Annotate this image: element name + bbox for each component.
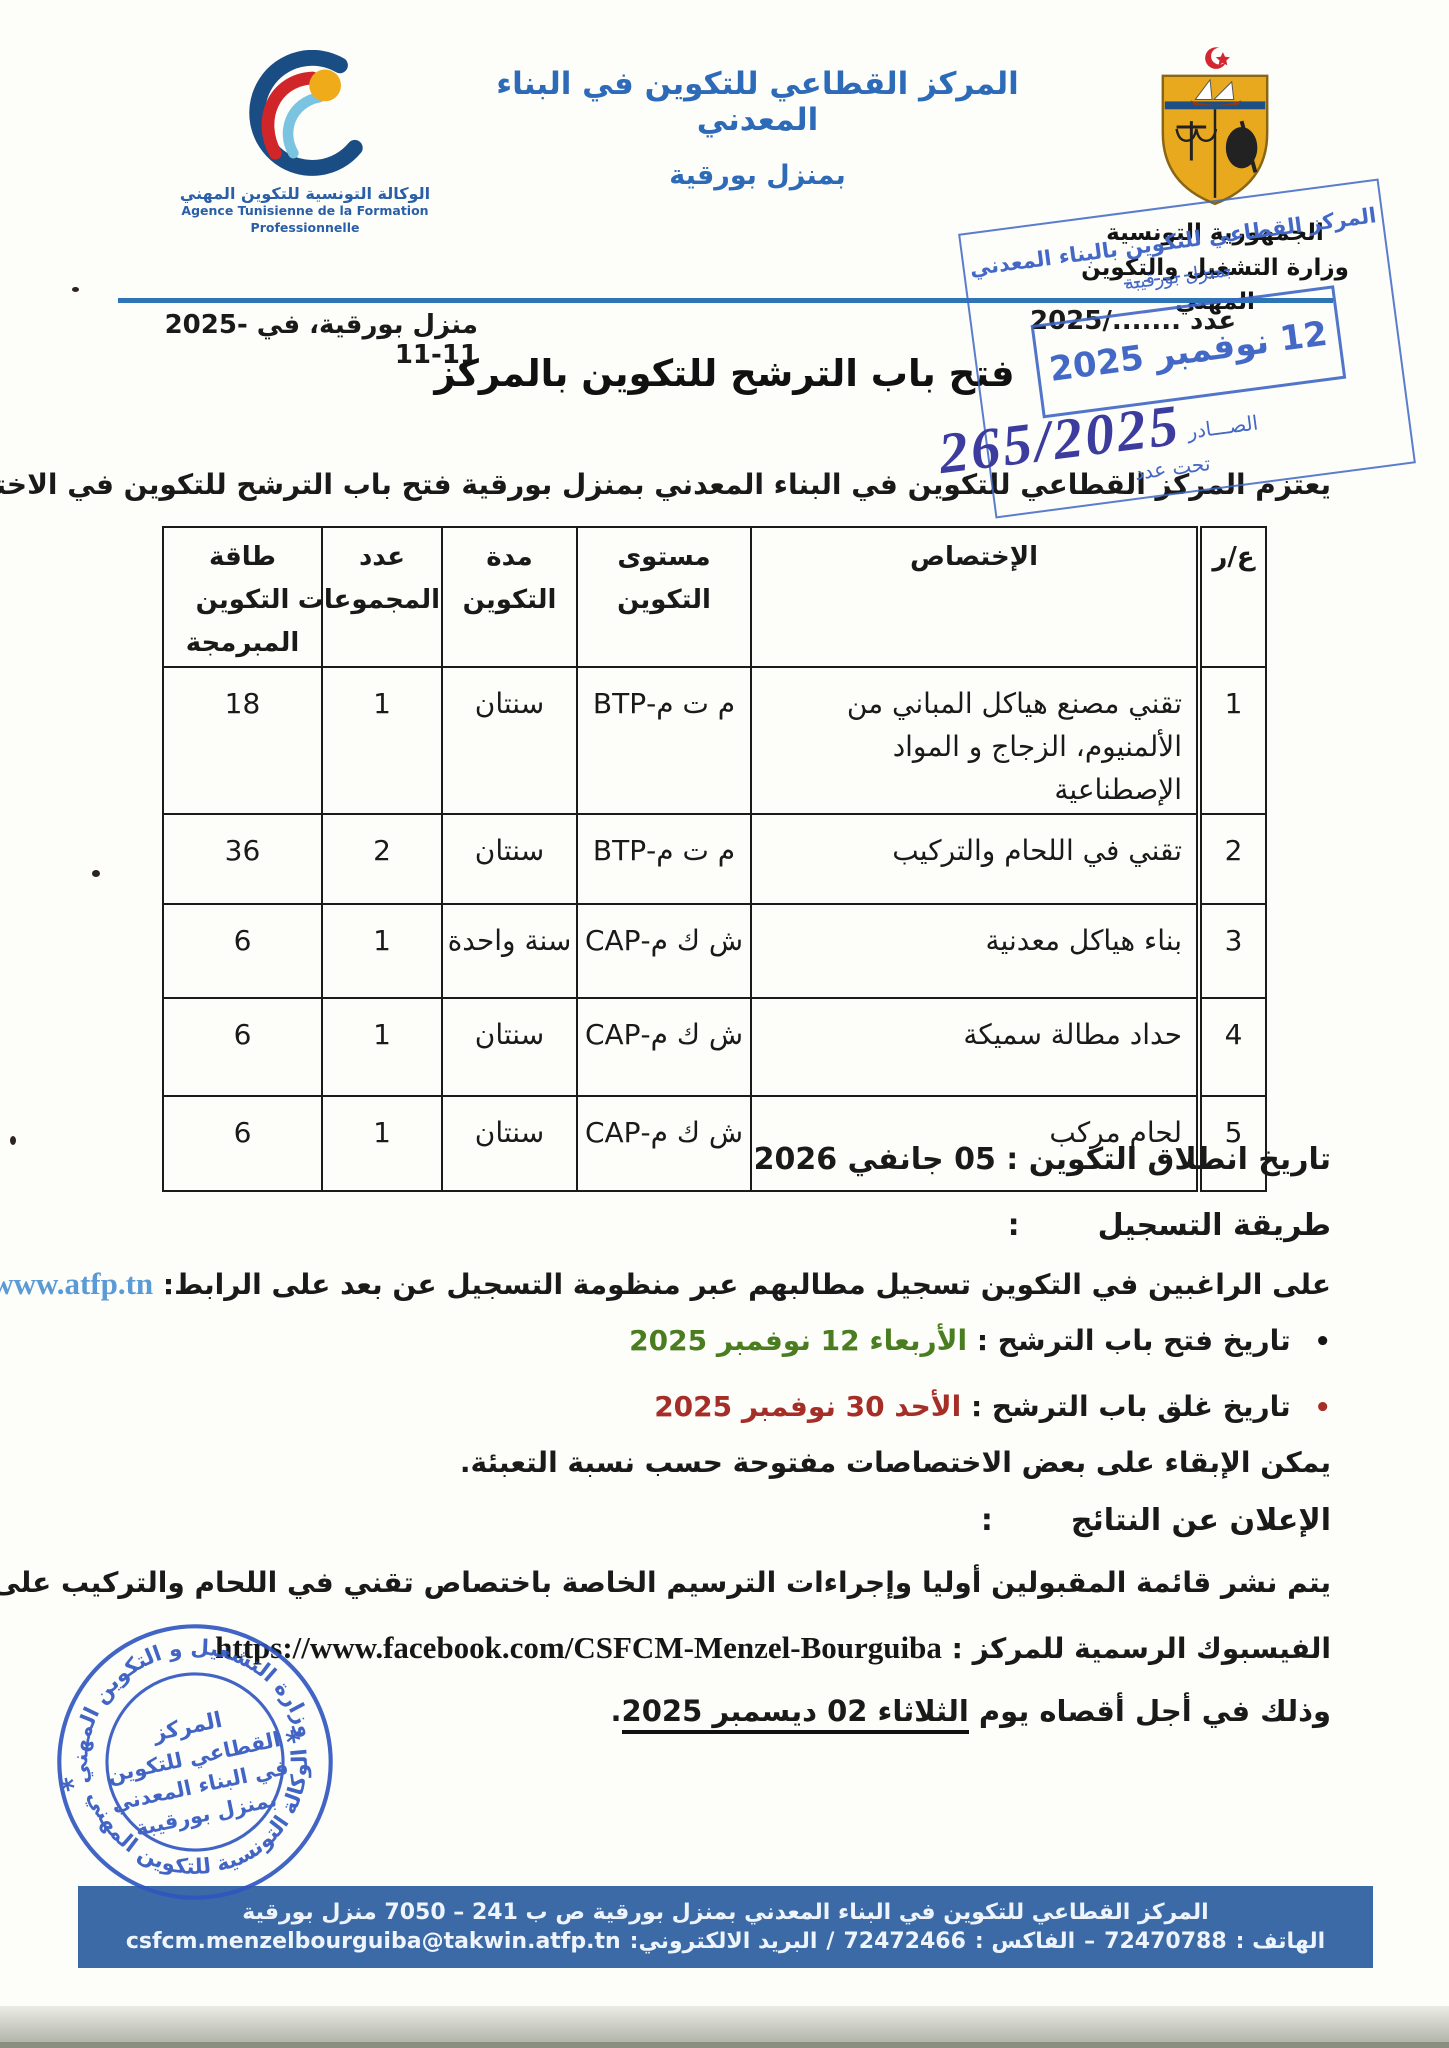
table-row: 1 تقني مصنع هياكل المباني من الألمنيوم، … xyxy=(163,667,1266,814)
cell-duration: سنتان xyxy=(442,667,577,814)
footer-contact-line: الهاتف : 72470788 – الفاكس : 72472466 / … xyxy=(78,1929,1373,1954)
open-date-bullet: • تاريخ فتح باب الترشح : الأربعاء 12 نوف… xyxy=(118,1324,1449,1357)
scanned-announcement-page: الوكالة التونسية للتكوين المهني Agence T… xyxy=(0,0,1449,2048)
email-label: البريد الالكتروني: xyxy=(630,1929,818,1954)
email-address: csfcm.menzelbourguiba@takwin.atfp.tn xyxy=(126,1929,621,1954)
table-header-row: ع/ر الإختصاص مستوى التكوين مدة التكوين ع… xyxy=(163,527,1266,667)
fill-rate-note: يمكن الإبقاء على بعض الاختصاصات مفتوحة ح… xyxy=(118,1446,1449,1479)
atfp-logo-block: الوكالة التونسية للتكوين المهني Agence T… xyxy=(150,50,460,237)
heading-colon: : xyxy=(981,1503,993,1538)
atfp-name-french-2: Professionnelle xyxy=(150,220,460,237)
close-date-label: تاريخ غلق باب الترشح : xyxy=(971,1390,1291,1423)
header-duration: مدة التكوين xyxy=(442,527,577,667)
table-row: 4 حداد مطالة سميكة ش ك م-CAP سنتان 1 6 xyxy=(163,998,1266,1096)
specialties-table: ع/ر الإختصاص مستوى التكوين مدة التكوين ع… xyxy=(162,526,1267,1192)
deadline-text: وذلك في أجل أقصاه يوم xyxy=(969,1694,1331,1728)
cell-duration: سنة واحدة xyxy=(442,904,577,998)
results-heading: الإعلان عن النتائج: xyxy=(118,1503,1331,1538)
results-text: يتم نشر قائمة المقبولين أوليا وإجراءات ا… xyxy=(414,1566,1331,1599)
cell-duration: سنتان xyxy=(442,998,577,1096)
cell-num: 2 xyxy=(1199,814,1266,904)
cell-num: 4 xyxy=(1199,998,1266,1096)
fax-label: الفاكس : xyxy=(975,1929,1075,1954)
bullet-icon: • xyxy=(1314,1393,1331,1423)
separator-dash: – xyxy=(1084,1929,1095,1954)
cell-specialty: تقني في اللحام والتركيب xyxy=(751,814,1199,904)
cell-duration: سنتان xyxy=(442,814,577,904)
table-row: 3 بناء هياكل معدنية ش ك م-CAP سنة واحدة … xyxy=(163,904,1266,998)
cell-level: م ت م-BTP xyxy=(577,667,751,814)
heading-colon: : xyxy=(1008,1208,1020,1243)
header-level: مستوى التكوين xyxy=(577,527,751,667)
cell-capacity: 6 xyxy=(163,998,322,1096)
cell-groups: 1 xyxy=(322,667,442,814)
center-title: المركز القطاعي للتكوين في البناء المعدني xyxy=(450,66,1065,138)
scan-speck xyxy=(72,287,79,292)
cell-num: 3 xyxy=(1199,904,1266,998)
scan-speck xyxy=(92,870,100,877)
start-date-value: 05 جانفي 2026 xyxy=(754,1142,996,1177)
phone-number: 72470788 xyxy=(1104,1929,1226,1954)
open-date-value: الأربعاء 12 نوفمبر 2025 xyxy=(629,1324,967,1357)
atfp-name-arabic: الوكالة التونسية للتكوين المهني xyxy=(150,184,460,203)
phone-label: الهاتف : xyxy=(1236,1929,1326,1954)
facebook-page-label: الفيسبوك الرسمية للمركز : xyxy=(952,1632,1331,1665)
header-num: ع/ر xyxy=(1199,527,1266,667)
center-subtitle: بمنزل بورقية xyxy=(450,160,1065,191)
close-date-bullet: • تاريخ غلق باب الترشح : الأحد 30 نوفمبر… xyxy=(118,1390,1449,1423)
place-date-label: منزل بورقية، في xyxy=(257,310,478,340)
atfp-registration-url: http://www.atfp.tn xyxy=(0,1266,153,1301)
training-start-date-line: تاريخ انطلاق التكوين : 05 جانفي 2026 xyxy=(118,1142,1331,1177)
official-round-stamp: وزارة التشغيل و التكوين المهني الوكالة ا… xyxy=(22,1585,368,1939)
atfp-swirl-logo-icon xyxy=(215,50,395,178)
cell-level: م ت م-BTP xyxy=(577,814,751,904)
cell-specialty: بناء هياكل معدنية xyxy=(751,904,1199,998)
table-row: 2 تقني في اللحام والتركيب م ت م-BTP سنتا… xyxy=(163,814,1266,904)
cell-capacity: 6 xyxy=(163,904,322,998)
results-text-after: على صفحة xyxy=(0,1566,61,1599)
cell-level: ش ك م-CAP xyxy=(577,904,751,998)
deadline-date-underlined: الثلاثاء 02 ديسمبر 2025 xyxy=(622,1694,969,1734)
tunisia-coat-of-arms-icon xyxy=(1151,44,1279,212)
close-date-value: الأحد 30 نوفمبر 2025 xyxy=(654,1390,961,1423)
header-specialty: الإختصاص xyxy=(751,527,1199,667)
separator-slash: / xyxy=(826,1929,834,1954)
scan-bottom-edge xyxy=(0,2042,1449,2048)
deadline-period: . xyxy=(611,1694,622,1728)
registration-heading: طريقة التسجيل: xyxy=(118,1208,1331,1243)
atfp-name-french: Agence Tunisienne de la Formation xyxy=(150,203,460,220)
fax-number: 72472466 xyxy=(843,1929,965,1954)
scan-speck xyxy=(10,1136,16,1145)
open-date-label: تاريخ فتح باب الترشح : xyxy=(977,1324,1291,1357)
cell-specialty: تقني مصنع هياكل المباني من الألمنيوم، ال… xyxy=(751,667,1199,814)
cell-capacity: 36 xyxy=(163,814,322,904)
registration-paragraph: على الراغبين في التكوين تسجيل مطالبهم عب… xyxy=(118,1266,1331,1302)
results-heading-text: الإعلان عن النتائج xyxy=(1071,1503,1331,1538)
registration-heading-text: طريقة التسجيل xyxy=(1098,1208,1331,1243)
header-groups: عدد المجموعات xyxy=(322,527,442,667)
cell-capacity: 18 xyxy=(163,667,322,814)
cell-num: 1 xyxy=(1199,667,1266,814)
cell-specialty: حداد مطالة سميكة xyxy=(751,998,1199,1096)
bullet-icon: • xyxy=(1314,1327,1331,1357)
cell-groups: 2 xyxy=(322,814,442,904)
facebook-page-url: https://www.facebook.com/CSFCM-Menzel-Bo… xyxy=(215,1630,942,1665)
start-date-label: تاريخ انطلاق التكوين : xyxy=(1006,1142,1331,1177)
cell-level: ش ك م-CAP xyxy=(577,998,751,1096)
results-specialty-bold: تقني في اللحام والتركيب xyxy=(61,1566,414,1599)
footer-address-line: المركز القطاعي للتكوين في البناء المعدني… xyxy=(78,1900,1373,1925)
cell-groups: 1 xyxy=(322,998,442,1096)
registration-text: على الراغبين في التكوين تسجيل مطالبهم عب… xyxy=(163,1268,1331,1301)
cell-groups: 1 xyxy=(322,904,442,998)
